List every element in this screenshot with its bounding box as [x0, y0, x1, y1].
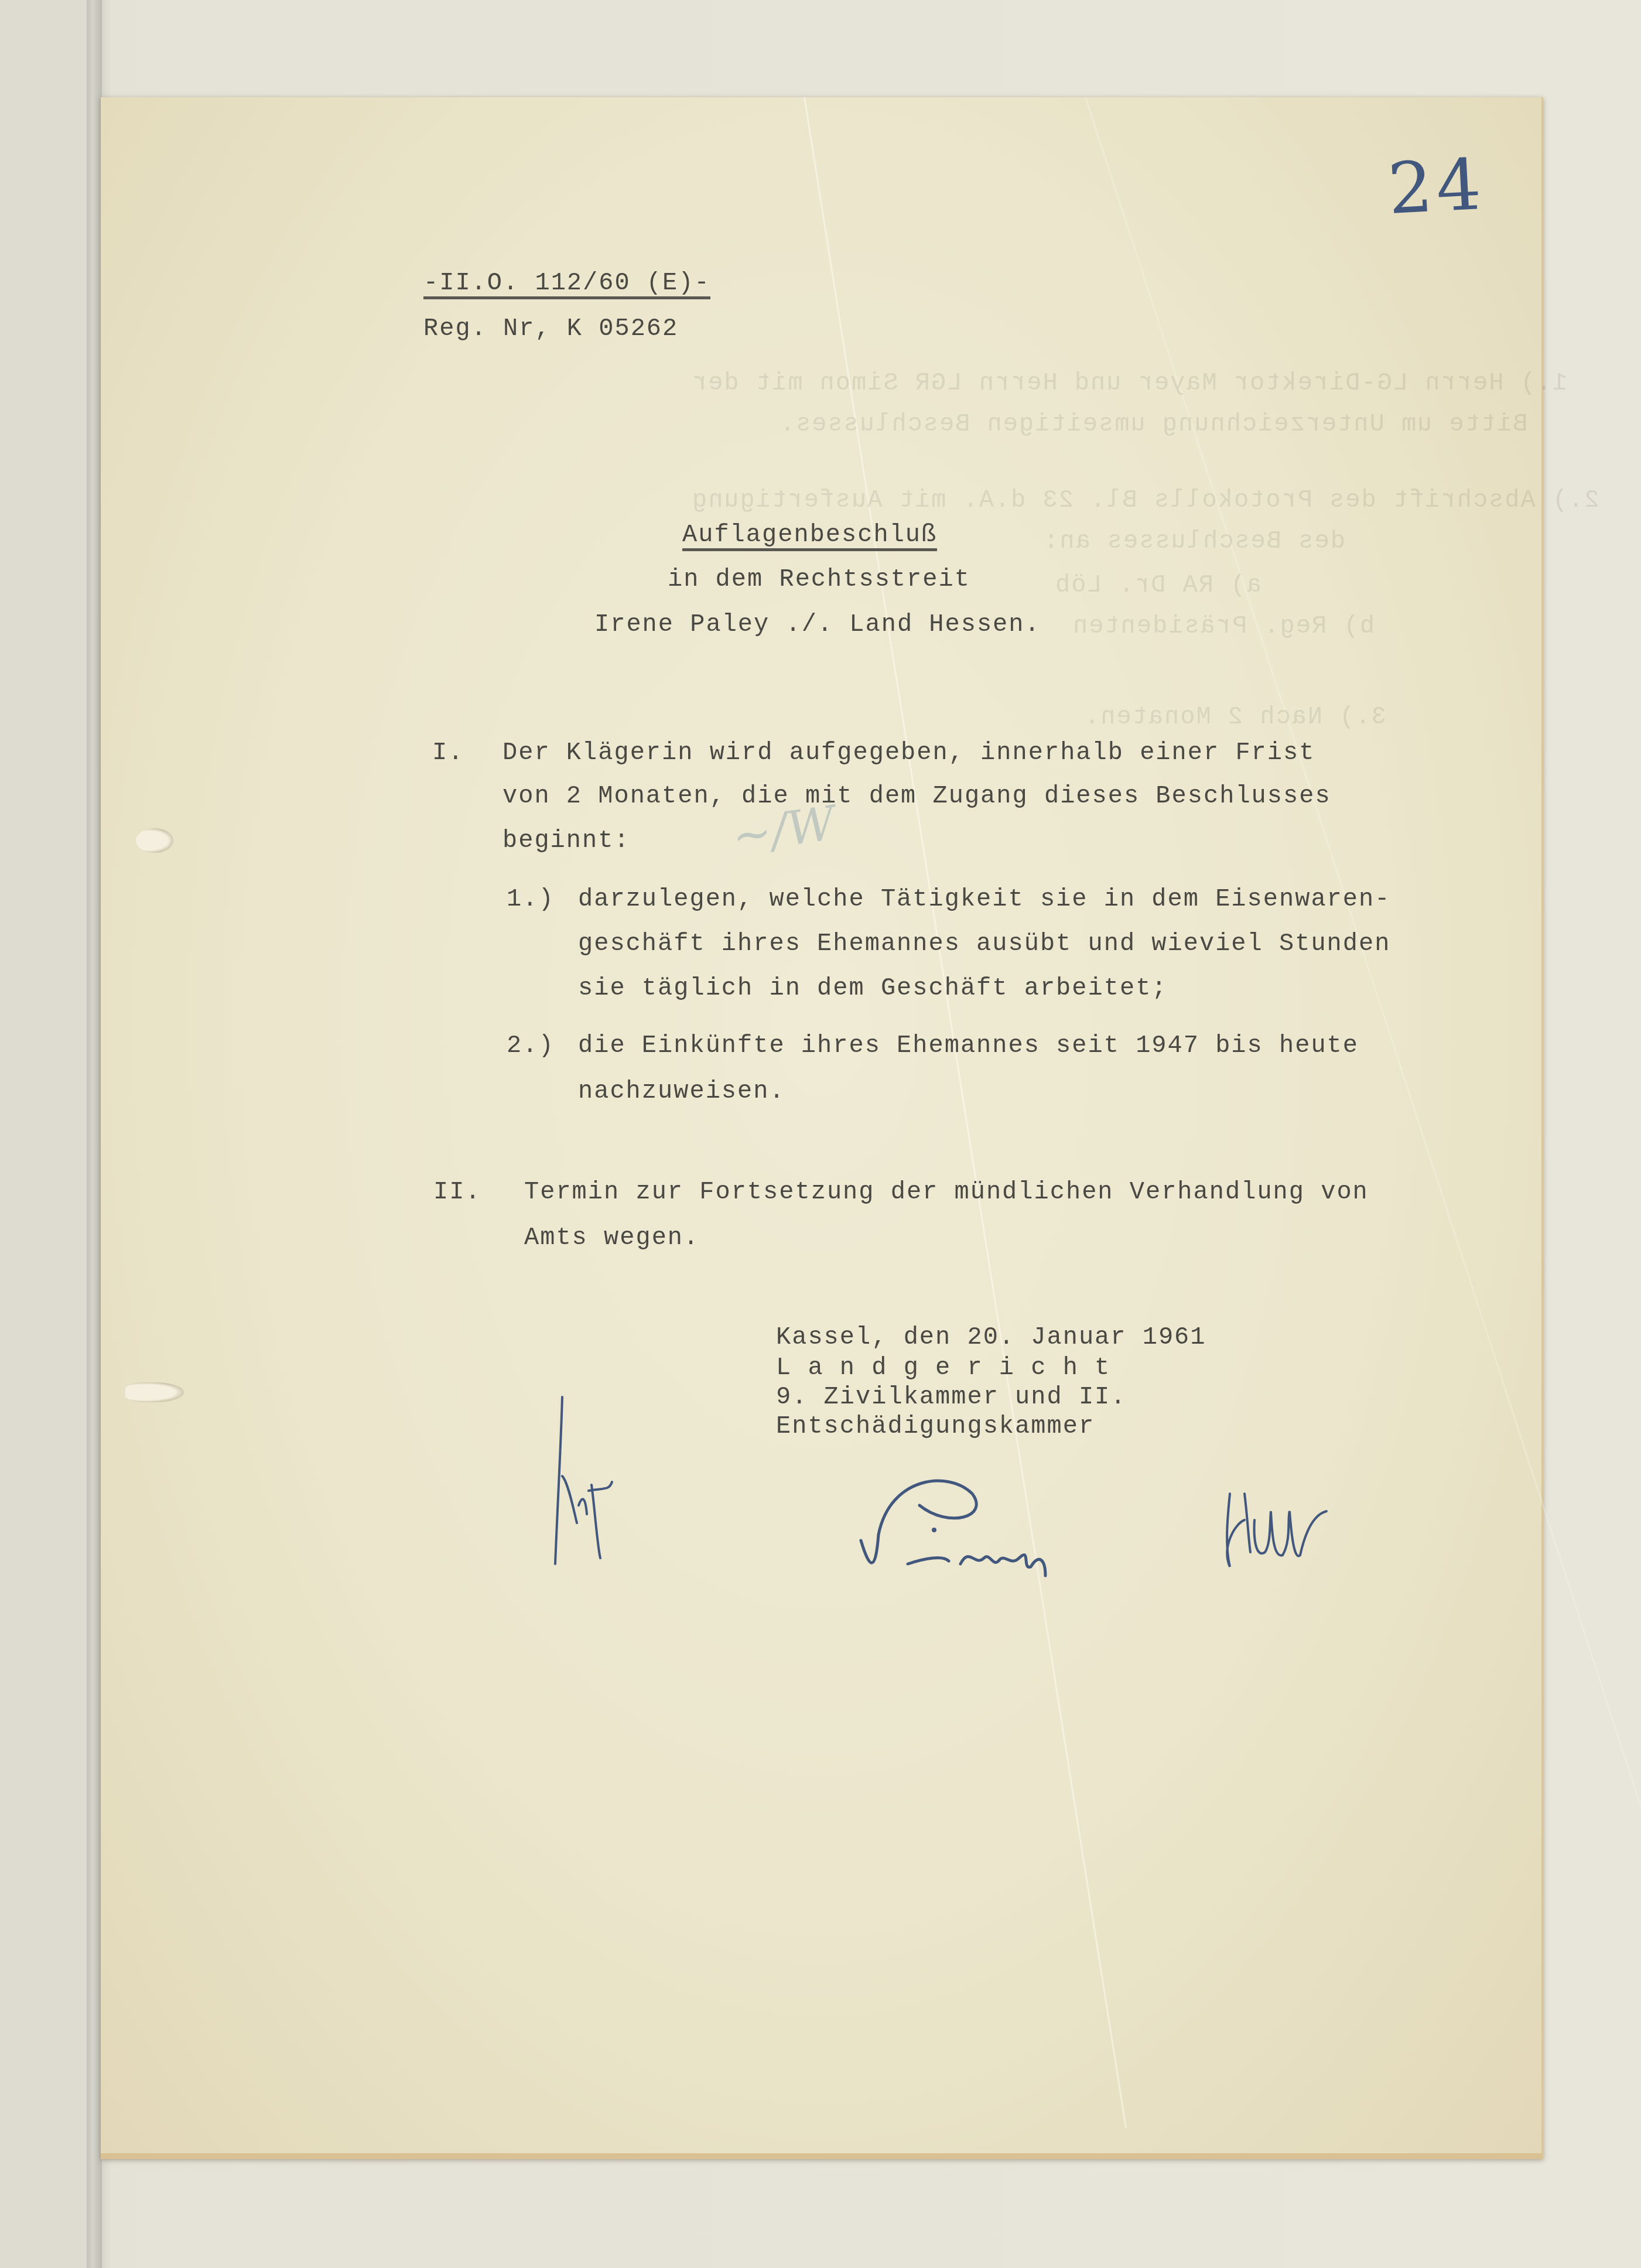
case-parties: Irene Paley ./. Land Hessen.: [594, 612, 1041, 637]
chamber-line: 9. Zivilkammer und II.: [776, 1385, 1127, 1409]
bleed-through-line: b) Reg. Präsidenten: [1072, 612, 1375, 640]
document-subtitle: in dem Rechtsstreit: [668, 567, 970, 592]
section-numeral: II.: [433, 1180, 481, 1204]
signature-1: [551, 1388, 697, 1576]
court-name: L a n d g e r i c h t: [776, 1355, 1110, 1380]
section-text-line: Amts wegen.: [524, 1225, 699, 1250]
punch-hole-torn: [125, 1382, 184, 1402]
bleed-through-line: 1.) Herrn LG-Direktor Mayer und Herrn LG…: [691, 369, 1567, 397]
signature-2: [843, 1464, 1154, 1582]
bleed-through-line: 2.) Abschrift des Protokolls Bl. 23 d.A.…: [691, 486, 1599, 514]
item-text-line: darzulegen, welche Tätigkeit sie in dem …: [578, 887, 1390, 911]
item-text-line: nachzuweisen.: [578, 1079, 785, 1104]
document-sheet: [101, 97, 1543, 2159]
registry-number: Reg. Nr, K 05262: [423, 316, 678, 341]
place-and-date: Kassel, den 20. Januar 1961: [776, 1325, 1206, 1350]
item-text-line: geschäft ihres Ehemannes ausübt und wiev…: [578, 931, 1390, 956]
section-text-line: beginnt:: [502, 828, 630, 853]
bleed-through-line: a) RA Dr. Löb: [1054, 571, 1261, 599]
section-text-line: Termin zur Fortsetzung der mündlichen Ve…: [524, 1180, 1369, 1204]
document-title: Auflagenbeschluß: [682, 522, 937, 551]
bleed-through-line: Bitte um Unterzeichnung umseitigen Besch…: [779, 410, 1528, 438]
bleed-through-line: des Beschlusses an:: [1042, 527, 1345, 555]
binder-strip: [87, 0, 102, 2268]
case-number: -II.O. 112/60 (E)-: [423, 271, 710, 299]
folio-number: 24: [1386, 144, 1486, 230]
section-text-line: von 2 Monaten, die mit dem Zugang dieses…: [502, 784, 1331, 808]
item-text-line: die Einkünfte ihres Ehemannes seit 1947 …: [578, 1033, 1359, 1058]
signature-3: [1218, 1488, 1370, 1576]
item-text-line: sie täglich in dem Geschäft arbeitet;: [578, 976, 1168, 1000]
punch-hole: [136, 828, 173, 853]
section-text-line: Der Klägerin wird aufgegeben, innerhalb …: [502, 740, 1315, 765]
bleed-through-line: 3.) Nach 2 Monaten.: [1083, 703, 1386, 731]
item-number: 2.): [507, 1033, 555, 1058]
item-number: 1.): [507, 887, 555, 911]
paper-crease: [804, 97, 1127, 2128]
chamber-line: Entschädigungskammer: [776, 1414, 1095, 1439]
section-numeral: I.: [432, 740, 464, 765]
